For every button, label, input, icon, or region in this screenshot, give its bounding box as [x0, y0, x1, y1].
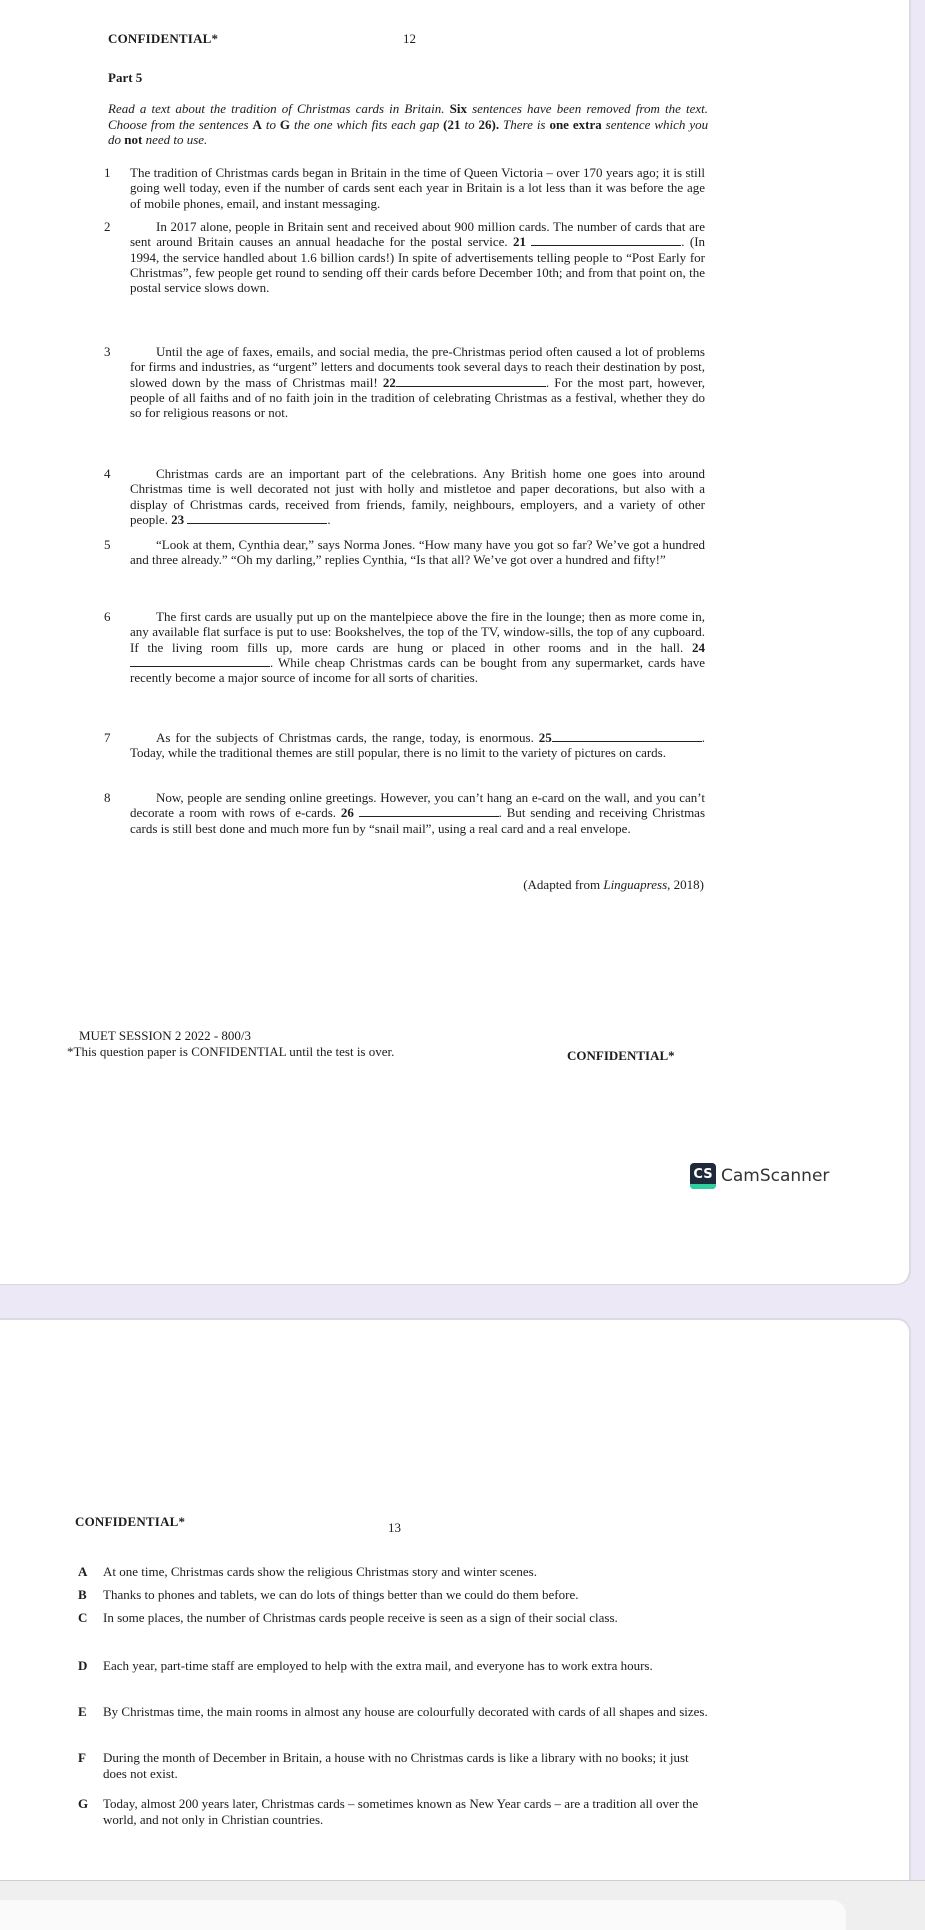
option-E: EBy Christmas time, the main rooms in al… — [78, 1704, 708, 1720]
gap-22-label: 22 — [383, 375, 396, 390]
gap-21-label: 21 — [513, 234, 526, 249]
gap-21-blank[interactable] — [531, 236, 681, 246]
part-title: Part 5 — [108, 70, 142, 86]
option-F: FDuring the month of December in Britain… — [78, 1750, 708, 1781]
paragraph-4: 4 Christmas cards are an important part … — [108, 466, 705, 527]
footer-note: *This question paper is CONFIDENTIAL unt… — [67, 1044, 394, 1060]
document-page-12: CONFIDENTIAL* 12 Part 5 Read a text abou… — [0, 0, 911, 1284]
gap-22-blank[interactable] — [396, 377, 546, 387]
option-D: DEach year, part-time staff are employed… — [78, 1658, 708, 1674]
confidential-header: CONFIDENTIAL* — [108, 31, 218, 47]
paragraph-3: 3 Until the age of faxes, emails, and so… — [108, 344, 705, 420]
paragraph-2: 2 In 2017 alone, people in Britain sent … — [108, 219, 705, 295]
document-page-13: CONFIDENTIAL* 13 AAt one time, Christmas… — [0, 1318, 911, 1883]
camscanner-logo-icon: CS — [690, 1163, 716, 1189]
option-G: GToday, almost 200 years later, Christma… — [78, 1796, 708, 1827]
gap-24-blank[interactable] — [130, 657, 270, 667]
gap-26-label: 26 — [341, 805, 354, 820]
footer-confidential: CONFIDENTIAL* — [567, 1048, 675, 1064]
confidential-header: CONFIDENTIAL* — [75, 1514, 185, 1530]
gap-25-label: 25 — [539, 730, 552, 745]
page-number: 13 — [388, 1520, 401, 1536]
paragraph-1: 1 The tradition of Christmas cards began… — [108, 165, 705, 211]
paragraph-8: 8 Now, people are sending online greetin… — [108, 790, 705, 836]
paragraph-7: 7 As for the subjects of Christmas cards… — [108, 730, 705, 761]
paragraph-5: 5 “Look at them, Cynthia dear,” says Nor… — [108, 537, 705, 568]
instructions: Read a text about the tradition of Chris… — [108, 101, 708, 148]
source-citation: (Adapted from Linguapress, 2018) — [523, 877, 704, 893]
footer-session: MUET SESSION 2 2022 - 800/3 — [79, 1028, 251, 1044]
page-number: 12 — [403, 31, 416, 47]
bottom-sheet-card[interactable] — [0, 1900, 846, 1930]
gap-26-blank[interactable] — [359, 807, 499, 817]
gap-23-blank[interactable] — [187, 514, 327, 524]
camscanner-watermark: CS CamScanner — [690, 1163, 829, 1189]
gap-24-label: 24 — [692, 640, 705, 655]
option-C: CIn some places, the number of Christmas… — [78, 1610, 708, 1626]
paragraph-6: 6 The first cards are usually put up on … — [108, 609, 705, 685]
option-A: AAt one time, Christmas cards show the r… — [78, 1564, 708, 1580]
option-B: BThanks to phones and tablets, we can do… — [78, 1587, 708, 1603]
gap-25-blank[interactable] — [552, 732, 702, 742]
gap-23-label: 23 — [171, 512, 184, 527]
camscanner-brand: CamScanner — [721, 1166, 829, 1186]
